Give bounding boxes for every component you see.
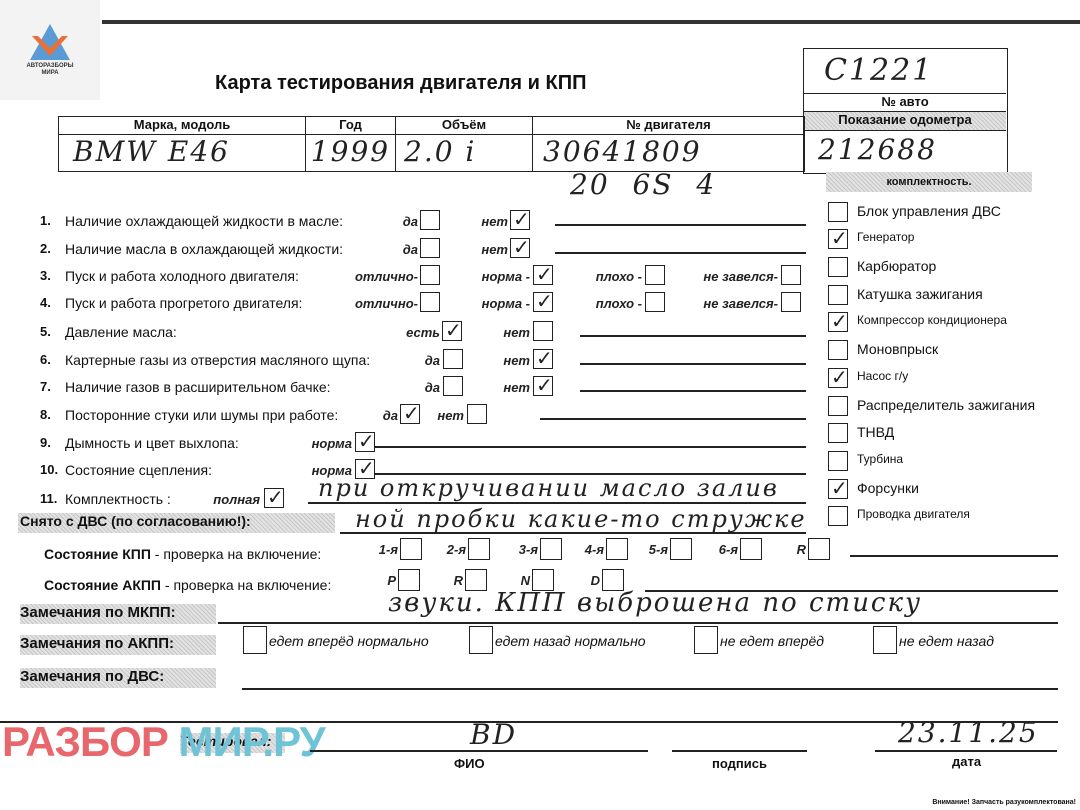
gear-label: 3-я bbox=[519, 542, 538, 557]
completeness-checkbox[interactable] bbox=[828, 423, 848, 443]
option-label: да bbox=[403, 242, 418, 257]
check-number: 3. bbox=[40, 268, 51, 283]
year-value: 1999 bbox=[306, 135, 395, 168]
gear-checkbox[interactable] bbox=[606, 538, 628, 560]
check-number: 8. bbox=[40, 407, 51, 422]
completeness-checkbox[interactable] bbox=[828, 396, 848, 416]
option-label: нет bbox=[503, 353, 530, 368]
option-checkbox[interactable] bbox=[510, 238, 530, 258]
option-label: да bbox=[383, 408, 398, 423]
check-number: 1. bbox=[40, 213, 51, 228]
gear-checkbox[interactable] bbox=[808, 538, 830, 560]
akpp-remark-checkbox[interactable] bbox=[694, 626, 718, 654]
dvs-remarks-label: Замечания по ДВС: bbox=[20, 668, 216, 688]
check-label: Наличие масла в охлаждающей жидкости: bbox=[65, 241, 343, 257]
option-label: норма bbox=[312, 436, 352, 451]
completeness-item-label: ТНВД bbox=[857, 424, 894, 440]
gear-checkbox[interactable] bbox=[740, 538, 762, 560]
date-value: 23.11.25 bbox=[898, 716, 1039, 749]
check-label: Пуск и работа холодного двигателя: bbox=[65, 268, 299, 284]
option-checkbox[interactable] bbox=[355, 432, 375, 452]
option-checkbox[interactable] bbox=[264, 488, 284, 508]
mountain-v-logo-icon bbox=[28, 22, 72, 62]
option-checkbox[interactable] bbox=[467, 404, 487, 424]
check-number: 4. bbox=[40, 295, 51, 310]
option-checkbox[interactable] bbox=[533, 292, 553, 312]
check-number: 10. bbox=[40, 462, 58, 477]
completeness-item-label: Катушка зажигания bbox=[857, 286, 983, 302]
gear-label: N bbox=[521, 573, 530, 588]
mkpp-remarks-value: звуки. КПП выброшена по стиску bbox=[388, 588, 922, 618]
check-label: Наличие газов в расширительном бачке: bbox=[65, 379, 331, 395]
completeness-item-label: Генератор bbox=[857, 230, 914, 244]
mkpp-remarks-line bbox=[218, 622, 1058, 624]
option-checkbox[interactable] bbox=[533, 321, 553, 341]
check-note-line bbox=[555, 224, 806, 226]
option-label: нет bbox=[437, 408, 464, 423]
completeness-checkbox[interactable] bbox=[828, 368, 848, 388]
check-number: 6. bbox=[40, 352, 51, 367]
header-engine-no: № двигателя 30641809 bbox=[532, 116, 805, 172]
check-label: Комплектность : bbox=[65, 491, 171, 507]
check-note-line bbox=[555, 252, 806, 254]
akpp-label: Состояние АКПП - проверка на включение: bbox=[44, 577, 331, 593]
option-label: да bbox=[425, 380, 440, 395]
completeness-checkbox[interactable] bbox=[828, 506, 848, 526]
gear-checkbox[interactable] bbox=[400, 538, 422, 560]
watermark-blue: МИР.РУ bbox=[179, 718, 325, 765]
akpp-remark-label: едет вперёд нормально bbox=[269, 633, 429, 649]
akpp-remark-checkbox[interactable] bbox=[243, 626, 267, 654]
gear-label: R bbox=[797, 542, 806, 557]
akpp-remark-checkbox[interactable] bbox=[469, 626, 493, 654]
check-number: 2. bbox=[40, 241, 51, 256]
option-label: нет bbox=[481, 242, 508, 257]
option-checkbox[interactable] bbox=[443, 376, 463, 396]
option-checkbox[interactable] bbox=[645, 265, 665, 285]
akpp-remarks-label: Замечания по АКПП: bbox=[20, 635, 216, 655]
completeness-item-label: Моновпрыск bbox=[857, 341, 938, 357]
option-label: есть bbox=[406, 325, 440, 340]
check-label: Состояние сцепления: bbox=[65, 462, 212, 478]
kpp-label: Состояние КПП - проверка на включение: bbox=[44, 546, 321, 562]
option-checkbox[interactable] bbox=[420, 238, 440, 258]
gear-label: P bbox=[387, 573, 396, 588]
option-label: да bbox=[425, 353, 440, 368]
check-number: 5. bbox=[40, 324, 51, 339]
option-label: норма - bbox=[482, 269, 530, 284]
akpp-label-bold: Состояние АКПП bbox=[44, 577, 161, 593]
completeness-checkbox[interactable] bbox=[828, 479, 848, 499]
completeness-item-label: Проводка двигателя bbox=[857, 507, 970, 521]
watermark-red: РАЗБОР bbox=[2, 718, 179, 765]
option-checkbox[interactable] bbox=[645, 292, 665, 312]
check-note-line bbox=[540, 418, 806, 420]
check-note-line bbox=[580, 363, 806, 365]
option-checkbox[interactable] bbox=[443, 349, 463, 369]
check-number: 9. bbox=[40, 435, 51, 450]
option-checkbox[interactable] bbox=[533, 265, 553, 285]
car-number-label: № авто bbox=[804, 93, 1006, 112]
signature-line bbox=[672, 750, 807, 752]
handwritten-note-1: при откручивании масло залив bbox=[318, 474, 779, 502]
dvs-remarks-line bbox=[242, 688, 1058, 690]
check-number: 7. bbox=[40, 379, 51, 394]
date-line bbox=[875, 750, 1057, 752]
completeness-checkbox[interactable] bbox=[828, 312, 848, 332]
completeness-item-label: Компрессор кондиционера bbox=[857, 313, 1007, 327]
fio-value: BD bbox=[470, 718, 517, 751]
volume-label: Объём bbox=[396, 117, 532, 135]
completeness-item-label: Блок управления ДВС bbox=[857, 203, 1001, 219]
gear-checkbox[interactable] bbox=[468, 538, 490, 560]
check-note-line bbox=[375, 446, 806, 448]
check-label: Наличие охлаждающей жидкости в масле: bbox=[65, 213, 343, 229]
warning-text: Внимание! Запчасть разукомплектована! bbox=[932, 799, 1076, 806]
check-label: Давление масла: bbox=[65, 324, 177, 340]
gear-label: 4-я bbox=[585, 542, 604, 557]
option-label: нет bbox=[503, 325, 530, 340]
year-label: Год bbox=[306, 117, 395, 135]
date-label: дата bbox=[952, 754, 981, 769]
option-label: да bbox=[403, 214, 418, 229]
signature-label: подпись bbox=[712, 756, 767, 771]
kpp-line bbox=[850, 555, 1058, 557]
kpp-label-bold: Состояние КПП bbox=[44, 546, 151, 562]
logo: АВТОРАЗБОРЫ МИРА bbox=[0, 0, 100, 100]
option-label: норма - bbox=[482, 296, 530, 311]
option-label: не завелся- bbox=[703, 296, 778, 311]
option-label: отлично- bbox=[355, 296, 418, 311]
header-model: Марка, модоль BMW E46 bbox=[58, 116, 306, 172]
model-label: Марка, модоль bbox=[59, 117, 305, 135]
completeness-checkbox[interactable] bbox=[828, 202, 848, 222]
completeness-checkbox[interactable] bbox=[828, 285, 848, 305]
volume-value: 2.0 i bbox=[396, 135, 532, 168]
option-checkbox[interactable] bbox=[510, 210, 530, 230]
logo-text-1: АВТОРАЗБОРЫ bbox=[0, 63, 100, 69]
completeness-checkbox[interactable] bbox=[828, 340, 848, 360]
akpp-remark-label: не едет назад bbox=[899, 633, 994, 649]
completeness-item-label: Форсунки bbox=[857, 480, 919, 496]
option-checkbox[interactable] bbox=[420, 292, 440, 312]
option-checkbox[interactable] bbox=[533, 349, 553, 369]
option-label: не завелся- bbox=[703, 269, 778, 284]
note-line-1 bbox=[308, 502, 806, 504]
completeness-header: комплектность. bbox=[826, 172, 1032, 192]
option-checkbox[interactable] bbox=[420, 210, 440, 230]
gear-label: 2-я bbox=[447, 542, 466, 557]
check-label: Посторонние стуки или шумы при работе: bbox=[65, 407, 338, 423]
gear-checkbox[interactable] bbox=[670, 538, 692, 560]
engine-no-label: № двигателя bbox=[533, 117, 804, 135]
completeness-item-label: Насос г/у bbox=[857, 369, 908, 383]
header-year: Год 1999 bbox=[305, 116, 396, 172]
option-checkbox[interactable] bbox=[781, 292, 801, 312]
option-label: нет bbox=[503, 380, 530, 395]
gear-label: R bbox=[454, 573, 463, 588]
akpp-remark-label: не едет вперёд bbox=[720, 633, 824, 649]
option-label: отлично- bbox=[355, 269, 418, 284]
option-label: нет bbox=[481, 214, 508, 229]
engine-code: 20 6S 4 bbox=[570, 168, 716, 201]
check-note-line bbox=[580, 390, 806, 392]
option-checkbox[interactable] bbox=[420, 265, 440, 285]
page-title: Карта тестирования двигателя и КПП bbox=[215, 72, 586, 95]
option-checkbox[interactable] bbox=[442, 321, 462, 341]
handwritten-note-2: ной пробки какие-то стружке bbox=[355, 505, 807, 533]
akpp-remark-label: едет назад нормально bbox=[495, 633, 646, 649]
check-number: 11. bbox=[40, 491, 57, 506]
gear-checkbox[interactable] bbox=[540, 538, 562, 560]
fio-label: ФИО bbox=[454, 756, 485, 771]
check-label: Пуск и работа прогретого двигателя: bbox=[65, 295, 302, 311]
completeness-item-label: Карбюратор bbox=[857, 258, 936, 274]
odometer-value: 212688 bbox=[818, 133, 937, 166]
option-label: полная bbox=[213, 492, 260, 507]
car-number-block: C1221 № авто Показание одометра 212688 bbox=[803, 48, 1008, 174]
option-label: плохо - bbox=[596, 269, 642, 284]
watermark: РАЗБОР МИР.РУ bbox=[2, 718, 325, 766]
gear-label: 6-я bbox=[719, 542, 738, 557]
logo-text-2: МИРА bbox=[0, 70, 100, 76]
header-volume: Объём 2.0 i bbox=[395, 116, 533, 172]
odometer-label: Показание одометра bbox=[804, 111, 1006, 131]
engine-no-value: 30641809 bbox=[533, 135, 804, 168]
option-checkbox[interactable] bbox=[533, 376, 553, 396]
option-label: плохо - bbox=[596, 296, 642, 311]
check-label: Картерные газы из отверстия масляного щу… bbox=[65, 352, 370, 368]
completeness-checkbox[interactable] bbox=[828, 257, 848, 277]
option-checkbox[interactable] bbox=[400, 404, 420, 424]
option-checkbox[interactable] bbox=[781, 265, 801, 285]
kpp-label-rest: - проверка на включение: bbox=[151, 546, 321, 562]
completeness-checkbox[interactable] bbox=[828, 229, 848, 249]
gear-label: 1-я bbox=[379, 542, 398, 557]
akpp-label-rest: - проверка на включение: bbox=[161, 577, 331, 593]
removed-label: Снято с ДВС (по согласованию!): bbox=[18, 513, 335, 533]
gear-label: 5-я bbox=[649, 542, 668, 557]
akpp-remark-checkbox[interactable] bbox=[873, 626, 897, 654]
completeness-item-label: Турбина bbox=[857, 452, 903, 466]
model-value: BMW E46 bbox=[59, 135, 305, 168]
check-label: Дымность и цвет выхлопа: bbox=[65, 435, 239, 451]
gear-label: D bbox=[591, 573, 600, 588]
car-number-value: C1221 bbox=[824, 53, 933, 88]
completeness-checkbox[interactable] bbox=[828, 451, 848, 471]
mkpp-remarks-label: Замечания по МКПП: bbox=[20, 604, 216, 624]
top-rule bbox=[102, 20, 1080, 24]
completeness-item-label: Распределитель зажигания bbox=[857, 397, 1035, 413]
check-note-line bbox=[580, 335, 806, 337]
